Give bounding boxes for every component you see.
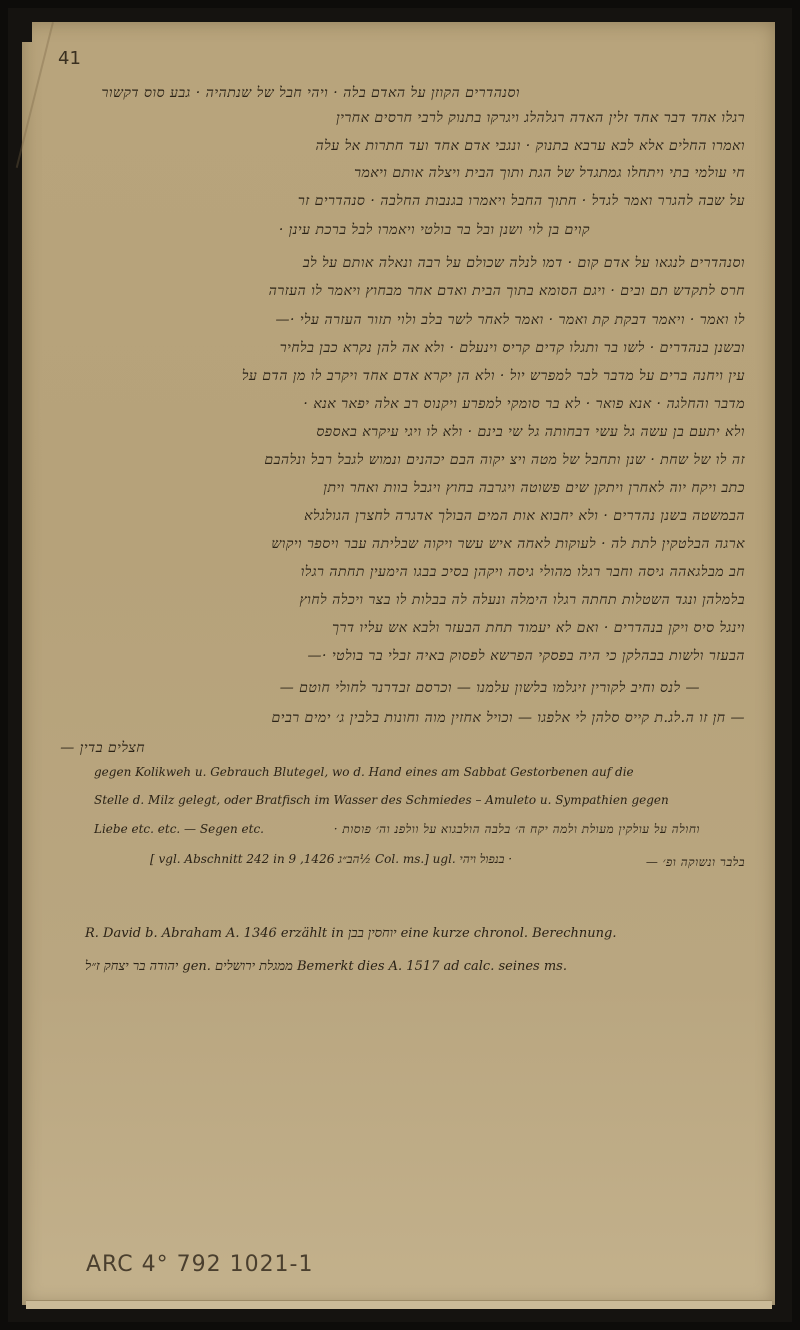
folio-number: 41 bbox=[58, 48, 81, 69]
hebrew-line: חי עולמי בתי ויתחלו גמתגדל של הגת ותוך ה… bbox=[354, 165, 745, 182]
hebrew-line: ארגה הבלטקין לתת לה · לעוקות לאחה איש עש… bbox=[271, 536, 745, 553]
hebrew-closing-line: בלבר ונשוקה ופ׳ — bbox=[646, 855, 745, 870]
hebrew-inline-note: וחולה על עולקין מעולת ולמה יקח ה׳ בלבה ה… bbox=[334, 822, 700, 837]
hebrew-line: בלמלהן ונגד השטלות תחתה רגלו הימלה ונעלה… bbox=[299, 592, 745, 609]
german-note-line: Liebe etc. etc. — Segen etc. bbox=[94, 822, 264, 836]
page-corner-notch bbox=[22, 22, 32, 42]
page-bottom-edge bbox=[26, 1300, 772, 1309]
hebrew-line: חב מבלגאהה גיסה וחבר רגלו מהולי גיסה ויק… bbox=[301, 564, 745, 581]
hebrew-line: ובשנן בנהדרים · לשו בר ותגלו קדים קריס ו… bbox=[280, 340, 745, 357]
hebrew-line: — לנס וחיב לקורין זיגלמו בלשון עלמנו — ו… bbox=[280, 680, 700, 697]
hebrew-line: רגלו אחד דבר אחד זלין האדה רגלהלג ויגרקו… bbox=[336, 110, 745, 127]
hebrew-line: הבעזר ולשות בבהלקן כי היה בפסקי הפרשא לפ… bbox=[308, 648, 745, 665]
hebrew-line: כתב ויקח יוה לאחרן ויתקן שים פשוטה ויגרב… bbox=[323, 480, 745, 497]
hebrew-line: ואמרו החלים אלא לבא ערבא בתנוק · ונגבי א… bbox=[315, 138, 745, 155]
hebrew-line: חרס לתקדש תם ובים · ויגם הסומא בתוך הבית… bbox=[269, 283, 745, 300]
hebrew-line: מדבר והחלגה · אנא פואר · לא בר סומקי למפ… bbox=[303, 396, 745, 413]
hebrew-line: וינגל סיס ויקן בנהדרים · ואם לא יעמוד תח… bbox=[332, 620, 745, 637]
hebrew-line: — חן זו ה.לג.ת קייס סלהן לי אלפגו — וכוי… bbox=[272, 710, 745, 727]
shelfmark: ARC 4° 792 1021-1 bbox=[86, 1252, 314, 1277]
hebrew-line: וסנהדרים לנגאו על אדם קום · דמו לנלה שכו… bbox=[303, 255, 745, 272]
hebrew-line: וסנהדרים הקוזן על האדם בלה · ויהי חבל של… bbox=[102, 85, 521, 102]
colophon-line: יהודה בר יצחק ז״ל gen. ממגלת ירושלים Bem… bbox=[85, 958, 567, 974]
bracket-note: [ vgl. Abschnitt 242 in הב״ג 1426, 9½ Co… bbox=[150, 852, 512, 867]
german-note-line: Stelle d. Milz gelegt, oder Bratfisch im… bbox=[94, 793, 669, 807]
hebrew-line: עין ויחנה ברים על מדבר לבר למפרש יול · ו… bbox=[242, 368, 745, 385]
hebrew-line: קוים בן לוי ושנן ובל בר בולטי ויאמרו לבל… bbox=[279, 222, 590, 239]
hebrew-line: חצלים בדין — bbox=[60, 740, 145, 757]
hebrew-line: זה לו של שחת · שנן ותחבל של מטה ויצ יקוה… bbox=[264, 452, 745, 469]
hebrew-line: ולא יתעם בן עשה גל עשי דבחותה גל שי בינם… bbox=[316, 424, 745, 441]
colophon-line: R. David b. Abraham A. 1346 erzählt in י… bbox=[85, 925, 617, 941]
hebrew-line: לו ואמר · ויאמר דבקת קת ואמר · ואמר לאחר… bbox=[275, 312, 745, 329]
german-note-line: gegen Kolikweh u. Gebrauch Blutegel, wo … bbox=[94, 765, 634, 779]
hebrew-line: על שבה להגרר ואמר לגדל · חתוך החבל ויאמר… bbox=[298, 193, 745, 210]
hebrew-line: הבמשטה בשנן נהדרים · ולא יחבוא אות המים … bbox=[304, 508, 745, 525]
